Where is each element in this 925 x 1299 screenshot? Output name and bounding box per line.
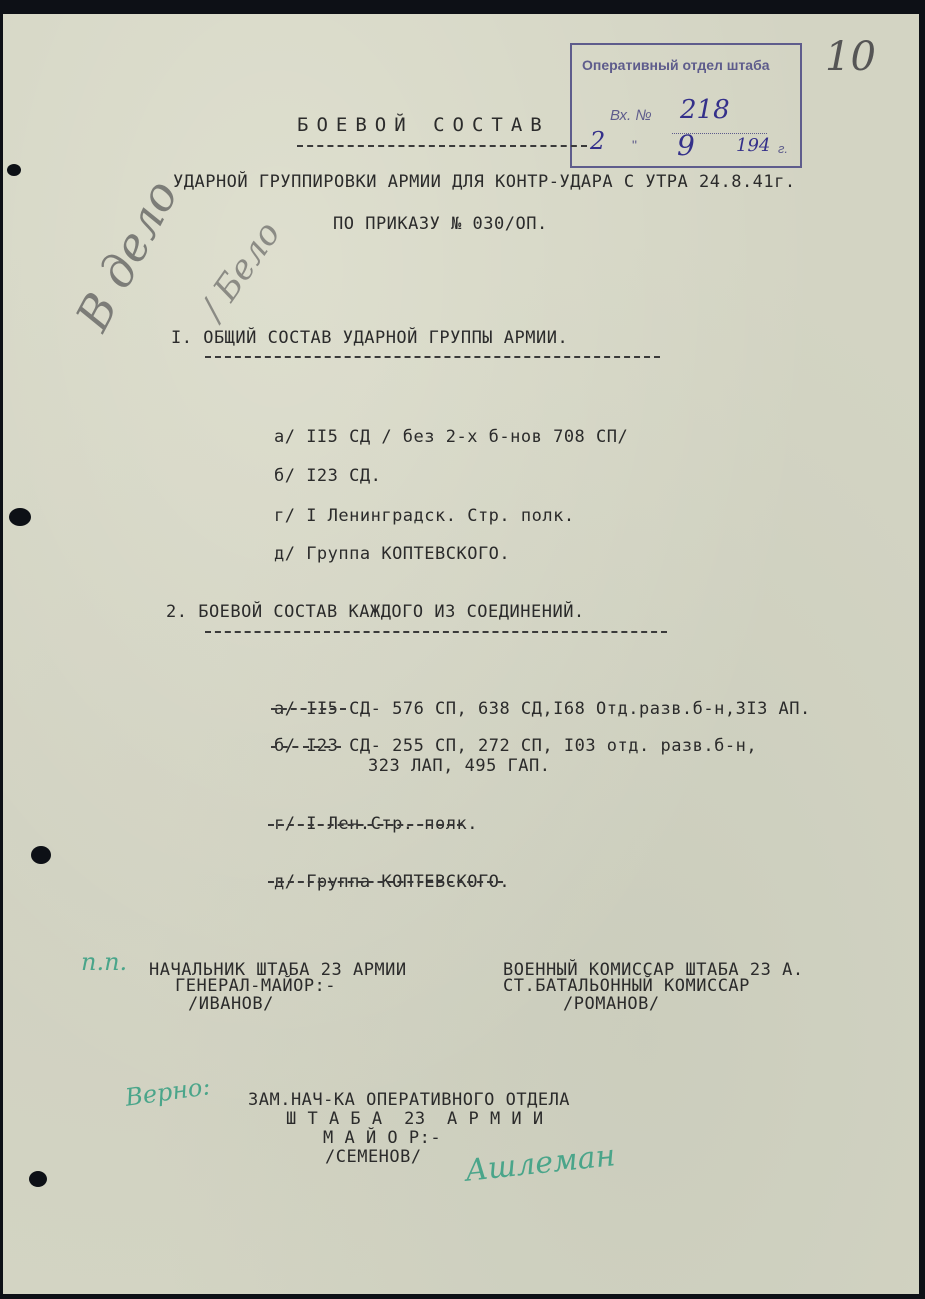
deputy-chief-name: /СЕМЕНОВ/ xyxy=(325,1147,422,1167)
stamp-year-suffix: г. xyxy=(778,141,788,156)
deputy-chief-rank: М А Й О Р:- xyxy=(323,1128,441,1148)
section-1-underline xyxy=(205,356,660,358)
stamp-incoming-label: Вх. № xyxy=(610,107,652,124)
page-number: 10 xyxy=(825,34,876,80)
pencil-note-1: В дело xyxy=(65,171,189,339)
chief-of-staff-name: /ИВАНОВ/ xyxy=(188,994,274,1014)
stamp-incoming-number: 218 xyxy=(680,95,730,125)
pencil-note-2: / Бело xyxy=(193,214,289,327)
punch-hole xyxy=(9,508,31,526)
item-text: I23 СД. xyxy=(306,466,381,486)
section-2-underline xyxy=(205,631,667,633)
section-2-item-b-continuation: 323 ЛАП, 495 ГАП. xyxy=(368,756,551,776)
incoming-stamp: Оперативный отдел штаба Вх. № 218 2 " 9 … xyxy=(570,43,802,168)
section-1-item-d: д/ Группа КОПТЕВСКОГО. xyxy=(231,524,510,584)
section-2-heading: 2. БОЕВОЙ СОСТАВ КАЖДОГО ИЗ СОЕДИНЕНИЙ. xyxy=(166,602,585,622)
handwritten-signature: Ашлеман xyxy=(464,1138,617,1189)
punch-hole xyxy=(29,1171,47,1187)
deputy-chief-unit: Ш Т А Б А 23 А Р М И И xyxy=(286,1109,544,1129)
item-text: II5 СД / без 2-х б-нов 708 СП/ xyxy=(306,427,628,447)
deputy-chief-title: ЗАМ.НАЧ-КА ОПЕРАТИВНОГО ОТДЕЛА xyxy=(248,1090,570,1110)
subtitle-line-2: ПО ПРИКАЗУ № 030/ОП. xyxy=(333,214,548,234)
stamp-department: Оперативный отдел штаба xyxy=(582,57,770,73)
section-1-heading: I. ОБЩИЙ СОСТАВ УДАРНОЙ ГРУППЫ АРМИИ. xyxy=(171,328,568,348)
title-underline xyxy=(297,145,587,147)
subtitle-line-1: УДАРНОЙ ГРУППИРОВКИ АРМИИ ДЛЯ КОНТР-УДАР… xyxy=(173,172,796,192)
stamp-date-quote: " xyxy=(632,137,637,153)
commissar-rank: СТ.БАТАЛЬОННЫЙ КОМИССАР xyxy=(503,976,750,996)
punch-hole xyxy=(31,846,51,864)
item-text: 255 СП, 272 СП, I03 отд. разв.б-н, xyxy=(392,736,757,756)
pp-mark: п.п. xyxy=(81,948,127,976)
item-text: I Ленинградск. Стр. полк. xyxy=(306,506,574,526)
item-marker: г/ xyxy=(274,506,295,526)
item-underline xyxy=(268,881,503,883)
chief-of-staff-rank: ГЕНЕРАЛ-МАЙОР:- xyxy=(175,976,336,996)
stamp-date-year: 194 xyxy=(736,135,770,156)
unit-underline xyxy=(271,708,346,710)
item-underline xyxy=(268,824,463,826)
document-page: 10 Оперативный отдел штаба Вх. № 218 2 "… xyxy=(3,14,919,1294)
document-title: БОЕВОЙ СОСТАВ xyxy=(297,114,550,136)
punch-hole xyxy=(7,164,21,176)
item-marker: б/ xyxy=(274,466,295,486)
unit-underline xyxy=(271,746,341,748)
item-marker: д/ xyxy=(274,544,295,564)
item-text: Группа КОПТЕВСКОГО. xyxy=(306,544,510,564)
commissar-name: /РОМАНОВ/ xyxy=(563,994,660,1014)
stamp-date-day: 2 xyxy=(590,127,605,155)
stamp-date-month: 9 xyxy=(677,129,695,162)
verified-mark: Верно: xyxy=(123,1072,212,1112)
item-marker: а/ xyxy=(274,427,295,447)
